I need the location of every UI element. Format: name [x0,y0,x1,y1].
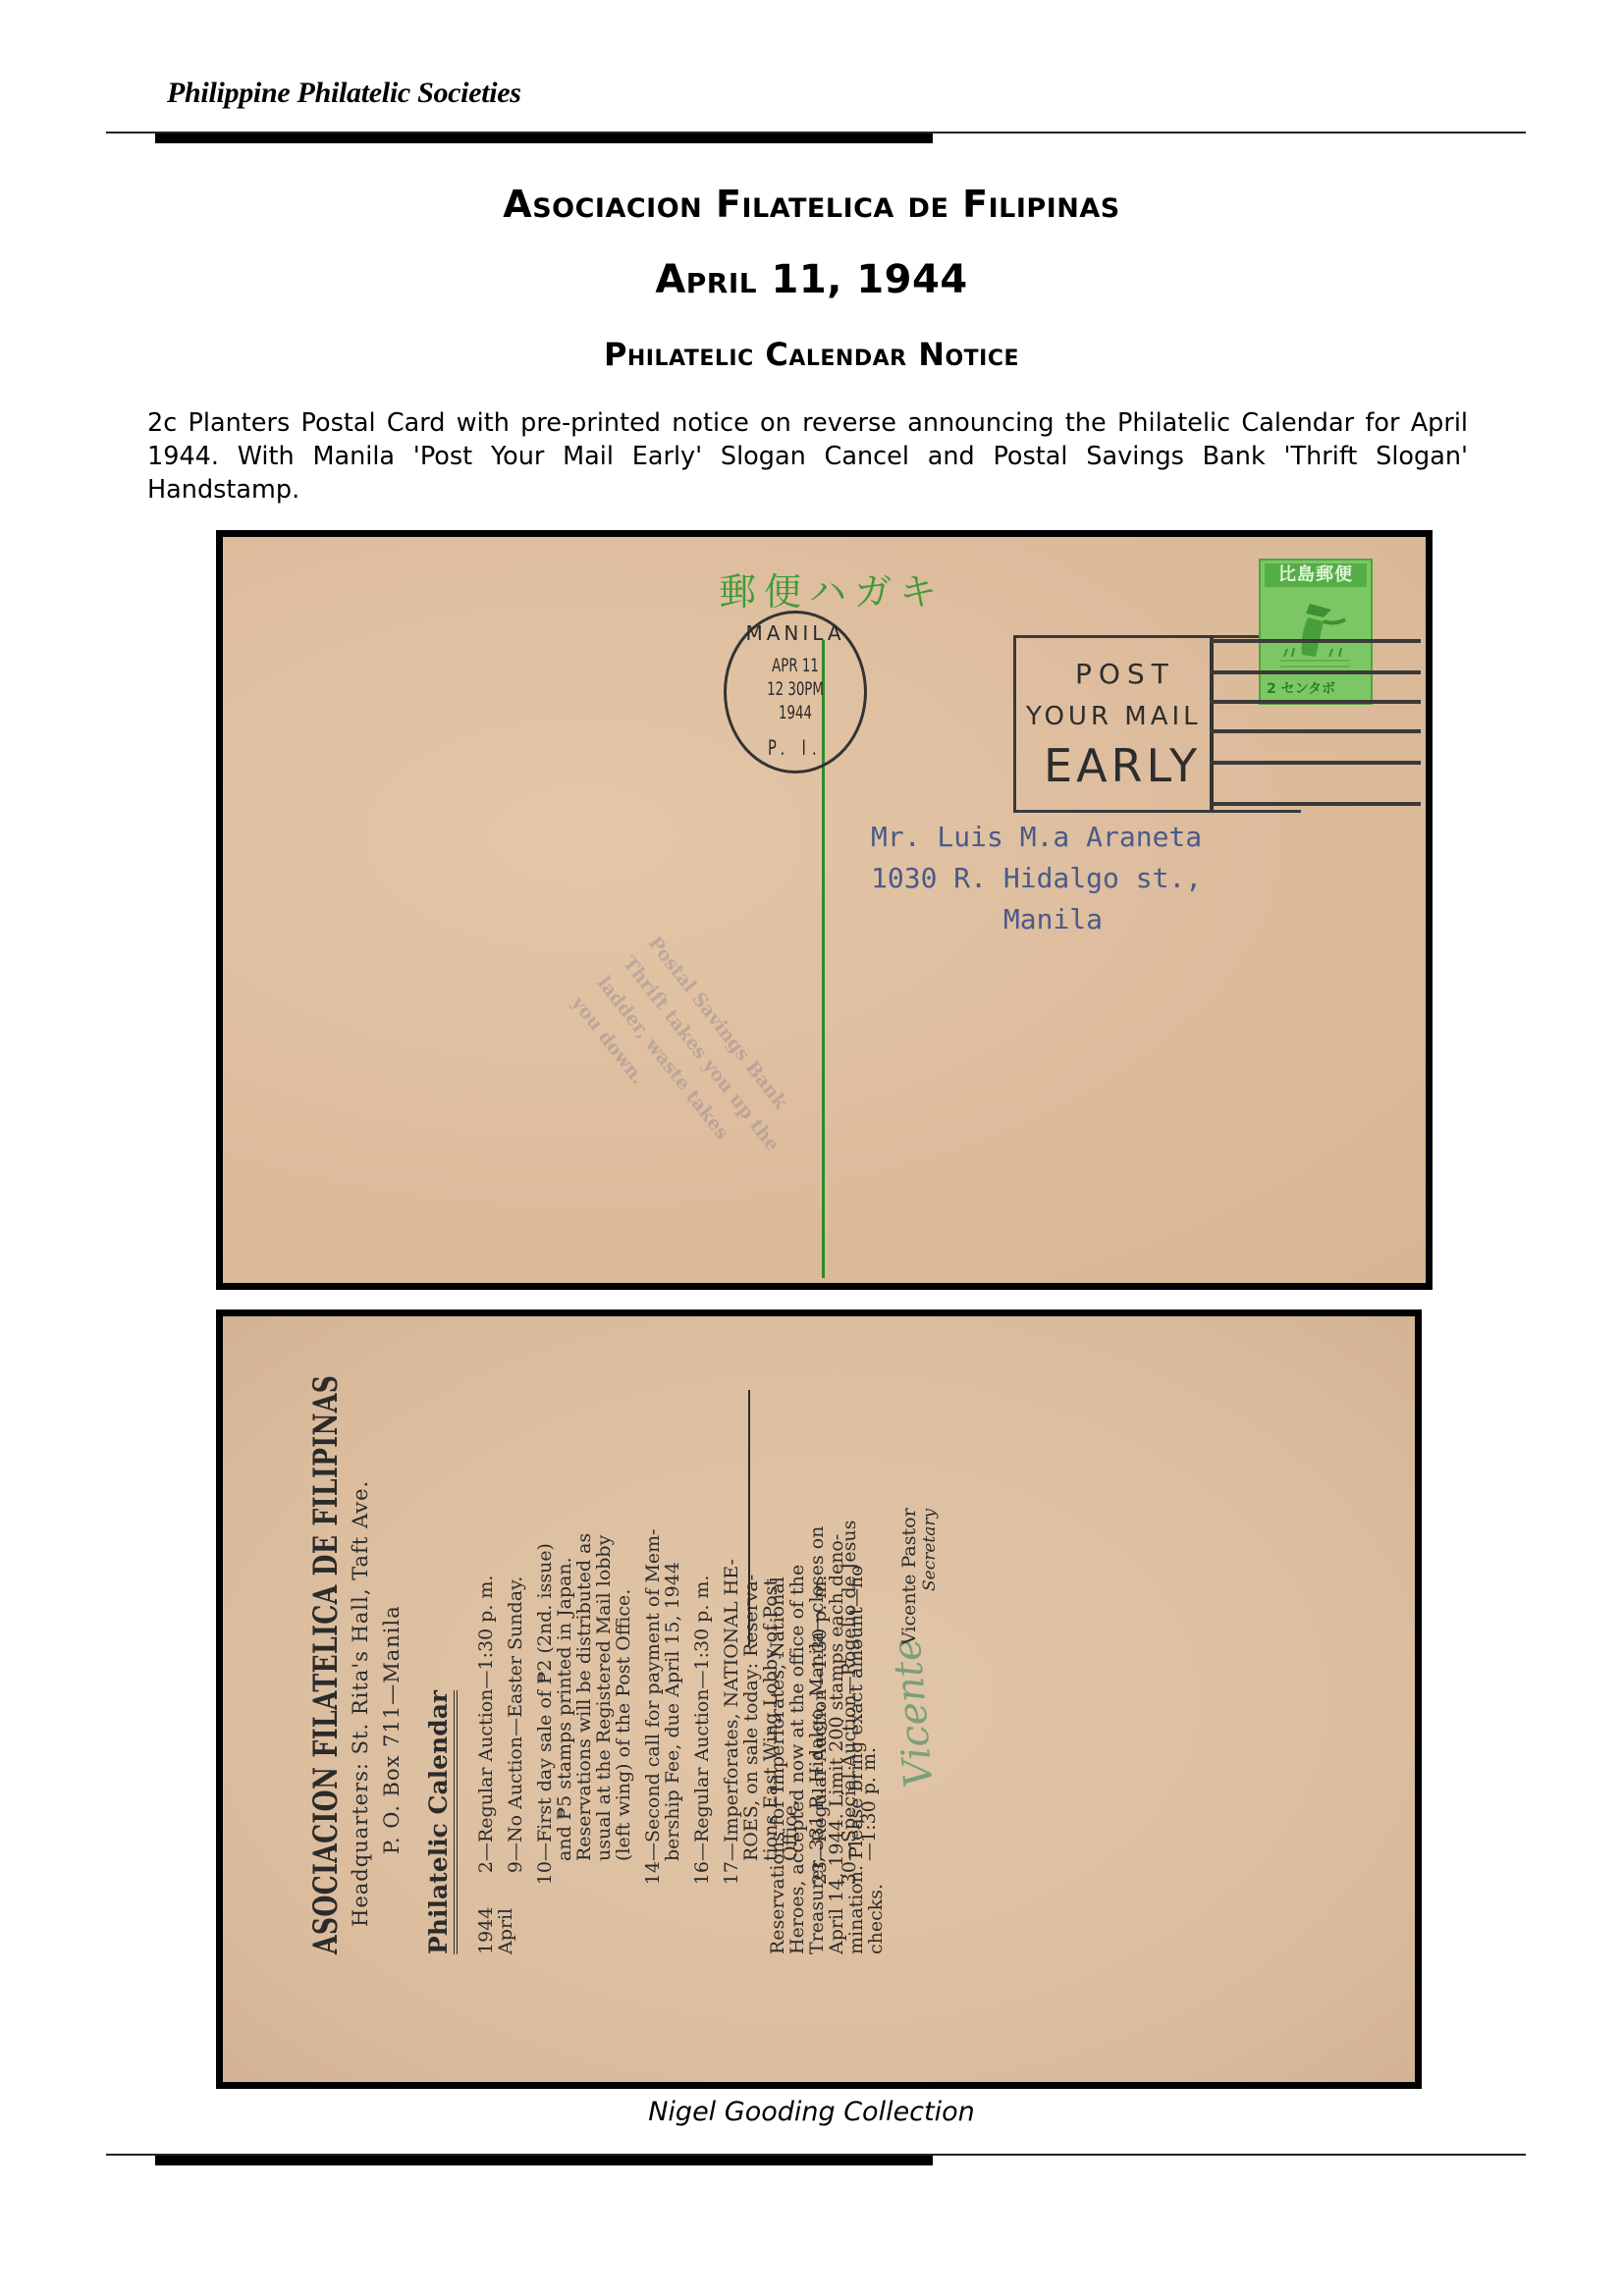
calendar-entry: 10—First day sale of ₱2 (2nd. issue) and… [535,1380,633,1900]
slogan-line-2: YOUR MAIL [1026,702,1202,731]
reverse-rotated-content: ASOCIACION FILATELICA DE FILIPINAS Headq… [223,1316,1415,2082]
address-line: Manila [871,899,1202,940]
postmark-year: 1944 [741,702,848,723]
cancel-bar [1210,802,1421,806]
postmark-time: 12 30PM [741,678,848,700]
slogan-line-3: EARLY [1044,739,1201,792]
description: 2c Planters Postal Card with pre-printed… [147,406,1468,507]
calendar-heading: Philatelic Calendar [424,1690,458,1954]
cancel-bar [1210,761,1421,765]
recipient-address: Mr. Luis M.a Araneta1030 R. Hidalgo st.,… [871,817,1202,940]
reverse-society-title: ASOCIACION FILATELICA DE FILIPINAS [306,1375,346,1954]
postmark-date: APR 11 [741,655,848,676]
page-subtitle: Philatelic Calendar Notice [0,336,1623,373]
address-line: Mr. Luis M.a Araneta [871,817,1202,858]
running-header: Philippine Philatelic Societies [167,77,521,110]
calendar-entry-text: —Regular Auction—1:30 p. m. [476,1575,496,1861]
slogan-line-1: POST [1075,658,1175,690]
planter-figure-icon [1280,596,1349,674]
autograph-signature: Vicente [884,1636,942,1789]
postcard-reverse: ASOCIACION FILATELICA DE FILIPINAS Headq… [216,1309,1422,2089]
page-title: Asociacion Filatelica de Filipinas [0,183,1623,226]
japanese-postcard-header: 郵便ハガキ [719,561,945,615]
calendar-entry-text: —Regular Auction—1:30 p. m. [692,1575,712,1861]
calendar-entry: 14—Second call for payment of Mem- bersh… [643,1380,682,1900]
cancel-vertical-bar [1210,635,1214,810]
postmark-city: MANILA [727,621,864,645]
stamp-imprint: 比島郵便 2 センタボ [1259,559,1373,705]
reservations-note: Reservations for Imperforates, National … [768,1429,886,1954]
cancel-bar [1210,639,1421,643]
signatory-role: Secretary [920,1509,940,1591]
cancel-bar [1210,700,1421,704]
page-date: April 11, 1944 [0,257,1623,302]
section-separator [748,1390,750,1645]
postcard-front: 郵便ハガキ MANILA APR 11 12 30PM 1944 P. I. P… [216,530,1433,1290]
postmark-region: P. I. [741,736,848,760]
header-rule-thick [155,133,933,143]
calendar-year-label: 1944 April [476,1907,515,1954]
calendar-entry-day: 14 [643,1861,682,1900]
cancel-bar [1210,729,1421,733]
calendar-entry: 16—Regular Auction—1:30 p. m. [692,1380,712,1900]
calendar-entry-day: 2 [476,1861,496,1900]
calendar-entry: 2—Regular Auction—1:30 p. m. [476,1380,496,1900]
calendar-entry-text: —Second call for payment of Mem- bership… [643,1528,682,1861]
cancel-bar [1210,670,1421,674]
stamp-header: 比島郵便 [1265,563,1367,587]
address-line: 1030 R. Hidalgo st., [871,858,1202,899]
calendar-entry: 9—No Auction—Easter Sunday. [506,1380,525,1900]
calendar-entry-text: —No Auction—Easter Sunday. [506,1576,525,1861]
reverse-po-box: P. O. Box 711—Manila [380,1605,404,1854]
calendar-entry-day: 16 [692,1861,712,1900]
stamp-value: 2 センタボ [1267,678,1335,698]
calendar-entry-day: 10 [535,1861,633,1900]
postal-savings-handstamp: Postal Savings Bank Thrift takes you up … [563,930,846,1242]
collection-caption: Nigel Gooding Collection [0,2097,1623,2127]
calendar-entry-text: —First day sale of ₱2 (2nd. issue) and ₱… [535,1533,633,1861]
signatory-name: Vicente Pastor [898,1508,920,1645]
manila-postmark: MANILA APR 11 12 30PM 1944 P. I. [724,611,867,774]
footer-rule-thick [155,2156,933,2165]
reverse-headquarters: Headquarters: St. Rita's Hall, Taft Ave. [349,1480,372,1927]
calendar-entry-day: 9 [506,1861,525,1900]
